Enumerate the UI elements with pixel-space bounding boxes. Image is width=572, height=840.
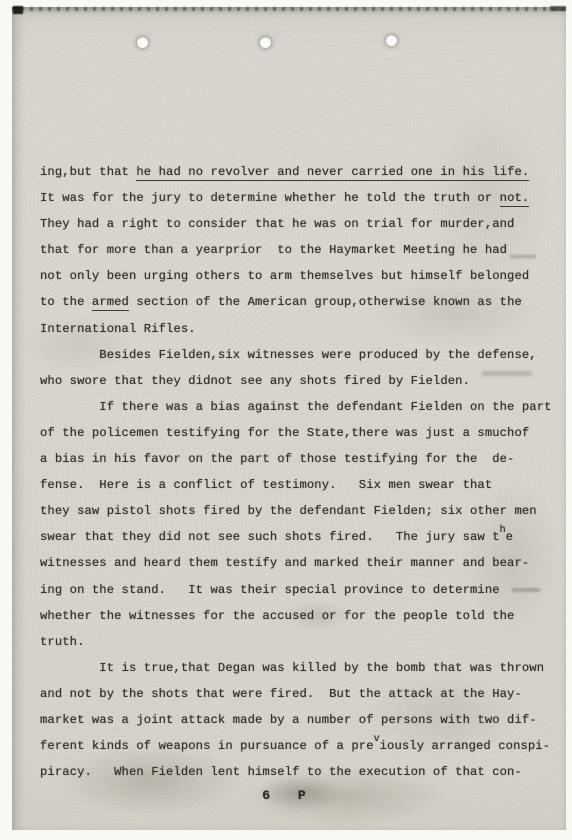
typewritten-line: International Rifles.: [40, 316, 552, 342]
text-segment: ferent kinds of weapons in pursuance of …: [40, 739, 374, 753]
text-segment: ing,but that: [40, 165, 136, 179]
text-segment: swear that they did not see such shots f…: [40, 530, 500, 544]
text-segment: fense. Here is a conflict of testimony. …: [40, 478, 492, 492]
text-segment: e: [506, 530, 513, 544]
typewritten-line: of the policemen testifying for the Stat…: [40, 420, 552, 446]
text-segment: and not by the shots that were fired. Bu…: [40, 687, 522, 701]
typewritten-line: who swore that they didnot see any shots…: [40, 368, 552, 394]
text-segment: that for more than a yearprior to the Ha…: [40, 243, 507, 257]
typewritten-line: swear that they did not see such shots f…: [40, 524, 552, 550]
typewritten-line: a bias in his favor on the part of those…: [40, 446, 552, 472]
handwritten-insert: h: [500, 518, 506, 544]
typewritten-line: If there was a bias against the defendan…: [40, 394, 552, 420]
text-segment: they saw pistol shots fired by the defen…: [40, 504, 537, 518]
text-segment: iously arranged conspi-: [380, 739, 551, 753]
punch-hole: [137, 37, 148, 48]
typewritten-line: It is true,that Degan was killed by the …: [40, 655, 552, 681]
text-segment: ing on the stand. It was their special p…: [40, 583, 500, 597]
typewritten-line: to the armed section of the American gro…: [40, 289, 552, 315]
typewritten-line: whether the witnesses for the accused or…: [40, 603, 552, 629]
typewritten-line: not only been urging others to arm thems…: [40, 263, 552, 289]
underlined-text: he had no revolver and never carried one…: [136, 165, 529, 181]
punch-hole: [386, 35, 397, 46]
text-segment: to the: [40, 295, 92, 309]
text-segment: who swore that they didnot see any shots…: [40, 374, 470, 388]
typewritten-line: ing on the stand. It was their special p…: [40, 577, 552, 603]
typewritten-line: It was for the jury to determine whether…: [40, 185, 552, 211]
text-segment: whether the witnesses for the accused or…: [40, 609, 514, 623]
typewritten-line: Besides Fielden,six witnesses were produ…: [40, 342, 552, 368]
typewritten-line: They had a right to consider that he was…: [40, 211, 552, 237]
text-segment: piracy. When Fielden lent himself to the…: [40, 765, 522, 779]
text-segment: If there was a bias against the defendan…: [40, 400, 552, 414]
corner-mark: [550, 6, 566, 11]
scan-edge-shadow: [12, 7, 566, 11]
page-number: 6 P: [12, 788, 566, 803]
typewritten-line: piracy. When Fielden lent himself to the…: [40, 759, 552, 785]
text-segment: a bias in his favor on the part of those…: [40, 452, 514, 466]
document-body: ing,but that he had no revolver and neve…: [40, 159, 552, 785]
typewritten-line: market was a joint attack made by a numb…: [40, 707, 552, 733]
typewritten-line: that for more than a yearprior to the Ha…: [40, 237, 552, 263]
text-segment: not only been urging others to arm thems…: [40, 269, 529, 283]
typewritten-line: ing,but that he had no revolver and neve…: [40, 159, 552, 185]
handwritten-insert: v: [374, 727, 380, 753]
typewritten-line: and not by the shots that were fired. Bu…: [40, 681, 552, 707]
underlined-text: armed: [92, 295, 129, 311]
text-segment: witnesses and heard them testify and mar…: [40, 556, 529, 570]
text-segment: of the policemen testifying for the Stat…: [40, 426, 529, 440]
text-segment: International Rifles.: [40, 322, 196, 336]
text-segment: It is true,that Degan was killed by the …: [40, 661, 544, 675]
text-segment: market was a joint attack made by a numb…: [40, 713, 537, 727]
scanned-page: ing,but that he had no revolver and neve…: [12, 7, 566, 830]
text-segment: They had a right to consider that he was…: [40, 217, 514, 231]
text-segment: Besides Fielden,six witnesses were produ…: [40, 348, 537, 362]
text-segment: It was for the jury to determine whether…: [40, 191, 500, 205]
corner-mark: [13, 6, 23, 14]
typewritten-line: truth.: [40, 629, 552, 655]
text-segment: section of the American group,otherwise …: [129, 295, 522, 309]
typewritten-line: witnesses and heard them testify and mar…: [40, 550, 552, 576]
typewritten-line: they saw pistol shots fired by the defen…: [40, 498, 552, 524]
text-segment: truth.: [40, 635, 84, 649]
typewritten-line: fense. Here is a conflict of testimony. …: [40, 472, 552, 498]
punch-hole: [260, 37, 271, 48]
typewritten-line: ferent kinds of weapons in pursuance of …: [40, 733, 552, 759]
underlined-text: not.: [500, 191, 530, 207]
